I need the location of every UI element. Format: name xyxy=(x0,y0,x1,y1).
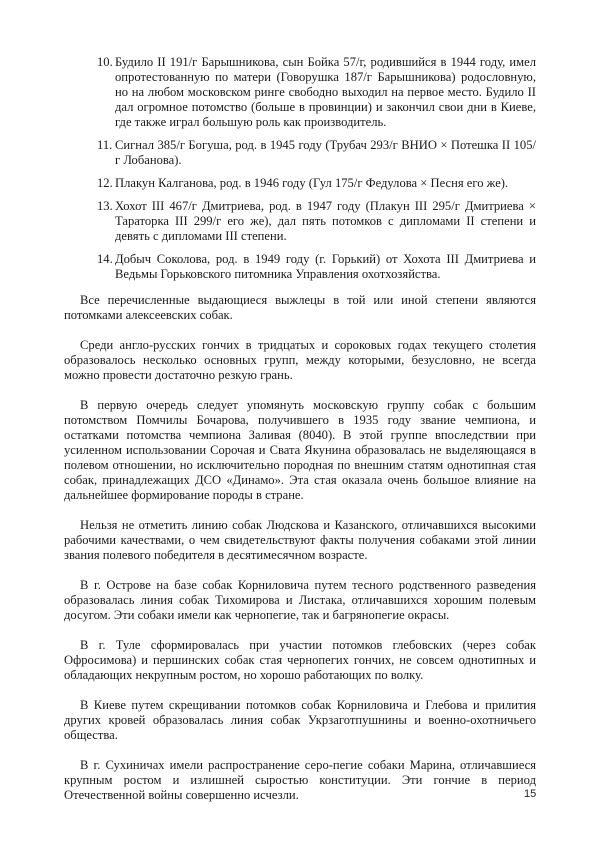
list-item: 11.Сигнал 385/г Богуша, род. в 1945 году… xyxy=(64,138,536,168)
list-item: 12.Плакун Калганова, род. в 1946 году (Г… xyxy=(64,176,536,191)
list-item: 10.Будило II 191/г Барышникова, сын Бойк… xyxy=(64,55,536,130)
list-number: 14. xyxy=(97,252,113,267)
list-text: Плакун Калганова, род. в 1946 году (Гул … xyxy=(115,176,508,190)
page-number: 15 xyxy=(524,788,536,800)
paragraph: В г. Туле сформировалась при участии пот… xyxy=(64,638,536,683)
list-number: 13. xyxy=(97,199,113,214)
list-number: 11. xyxy=(97,138,112,153)
list-text: Хохот III 467/г Дмитриева, род. в 1947 г… xyxy=(115,199,536,243)
list-text: Будило II 191/г Барышникова, сын Бойка 5… xyxy=(115,55,536,129)
document-page: 10.Будило II 191/г Барышникова, сын Бойк… xyxy=(64,55,536,818)
paragraph: Все перечисленные выдающиеся выжлецы в т… xyxy=(64,293,536,323)
paragraph: В г. Сухиничах имели распространение сер… xyxy=(64,758,536,803)
paragraph: В г. Острове на базе собак Корниловича п… xyxy=(64,578,536,623)
list-text: Добыч Соколова, род. в 1949 году (г. Гор… xyxy=(115,252,536,281)
list-item: 14.Добыч Соколова, род. в 1949 году (г. … xyxy=(64,252,536,282)
paragraph: Среди англо-русских гончих в тридцатых и… xyxy=(64,338,536,383)
paragraph: В первую очередь следует упомянуть моско… xyxy=(64,398,536,503)
list-number: 10. xyxy=(97,55,113,70)
paragraph: Нельзя не отметить линию собак Людскова … xyxy=(64,518,536,563)
numbered-list: 10.Будило II 191/г Барышникова, сын Бойк… xyxy=(64,55,536,282)
list-item: 13.Хохот III 467/г Дмитриева, род. в 194… xyxy=(64,199,536,244)
list-text: Сигнал 385/г Богуша, род. в 1945 году (Т… xyxy=(115,138,536,167)
paragraph: В Киеве путем скрещивании потомков собак… xyxy=(64,698,536,743)
list-number: 12. xyxy=(97,176,113,191)
